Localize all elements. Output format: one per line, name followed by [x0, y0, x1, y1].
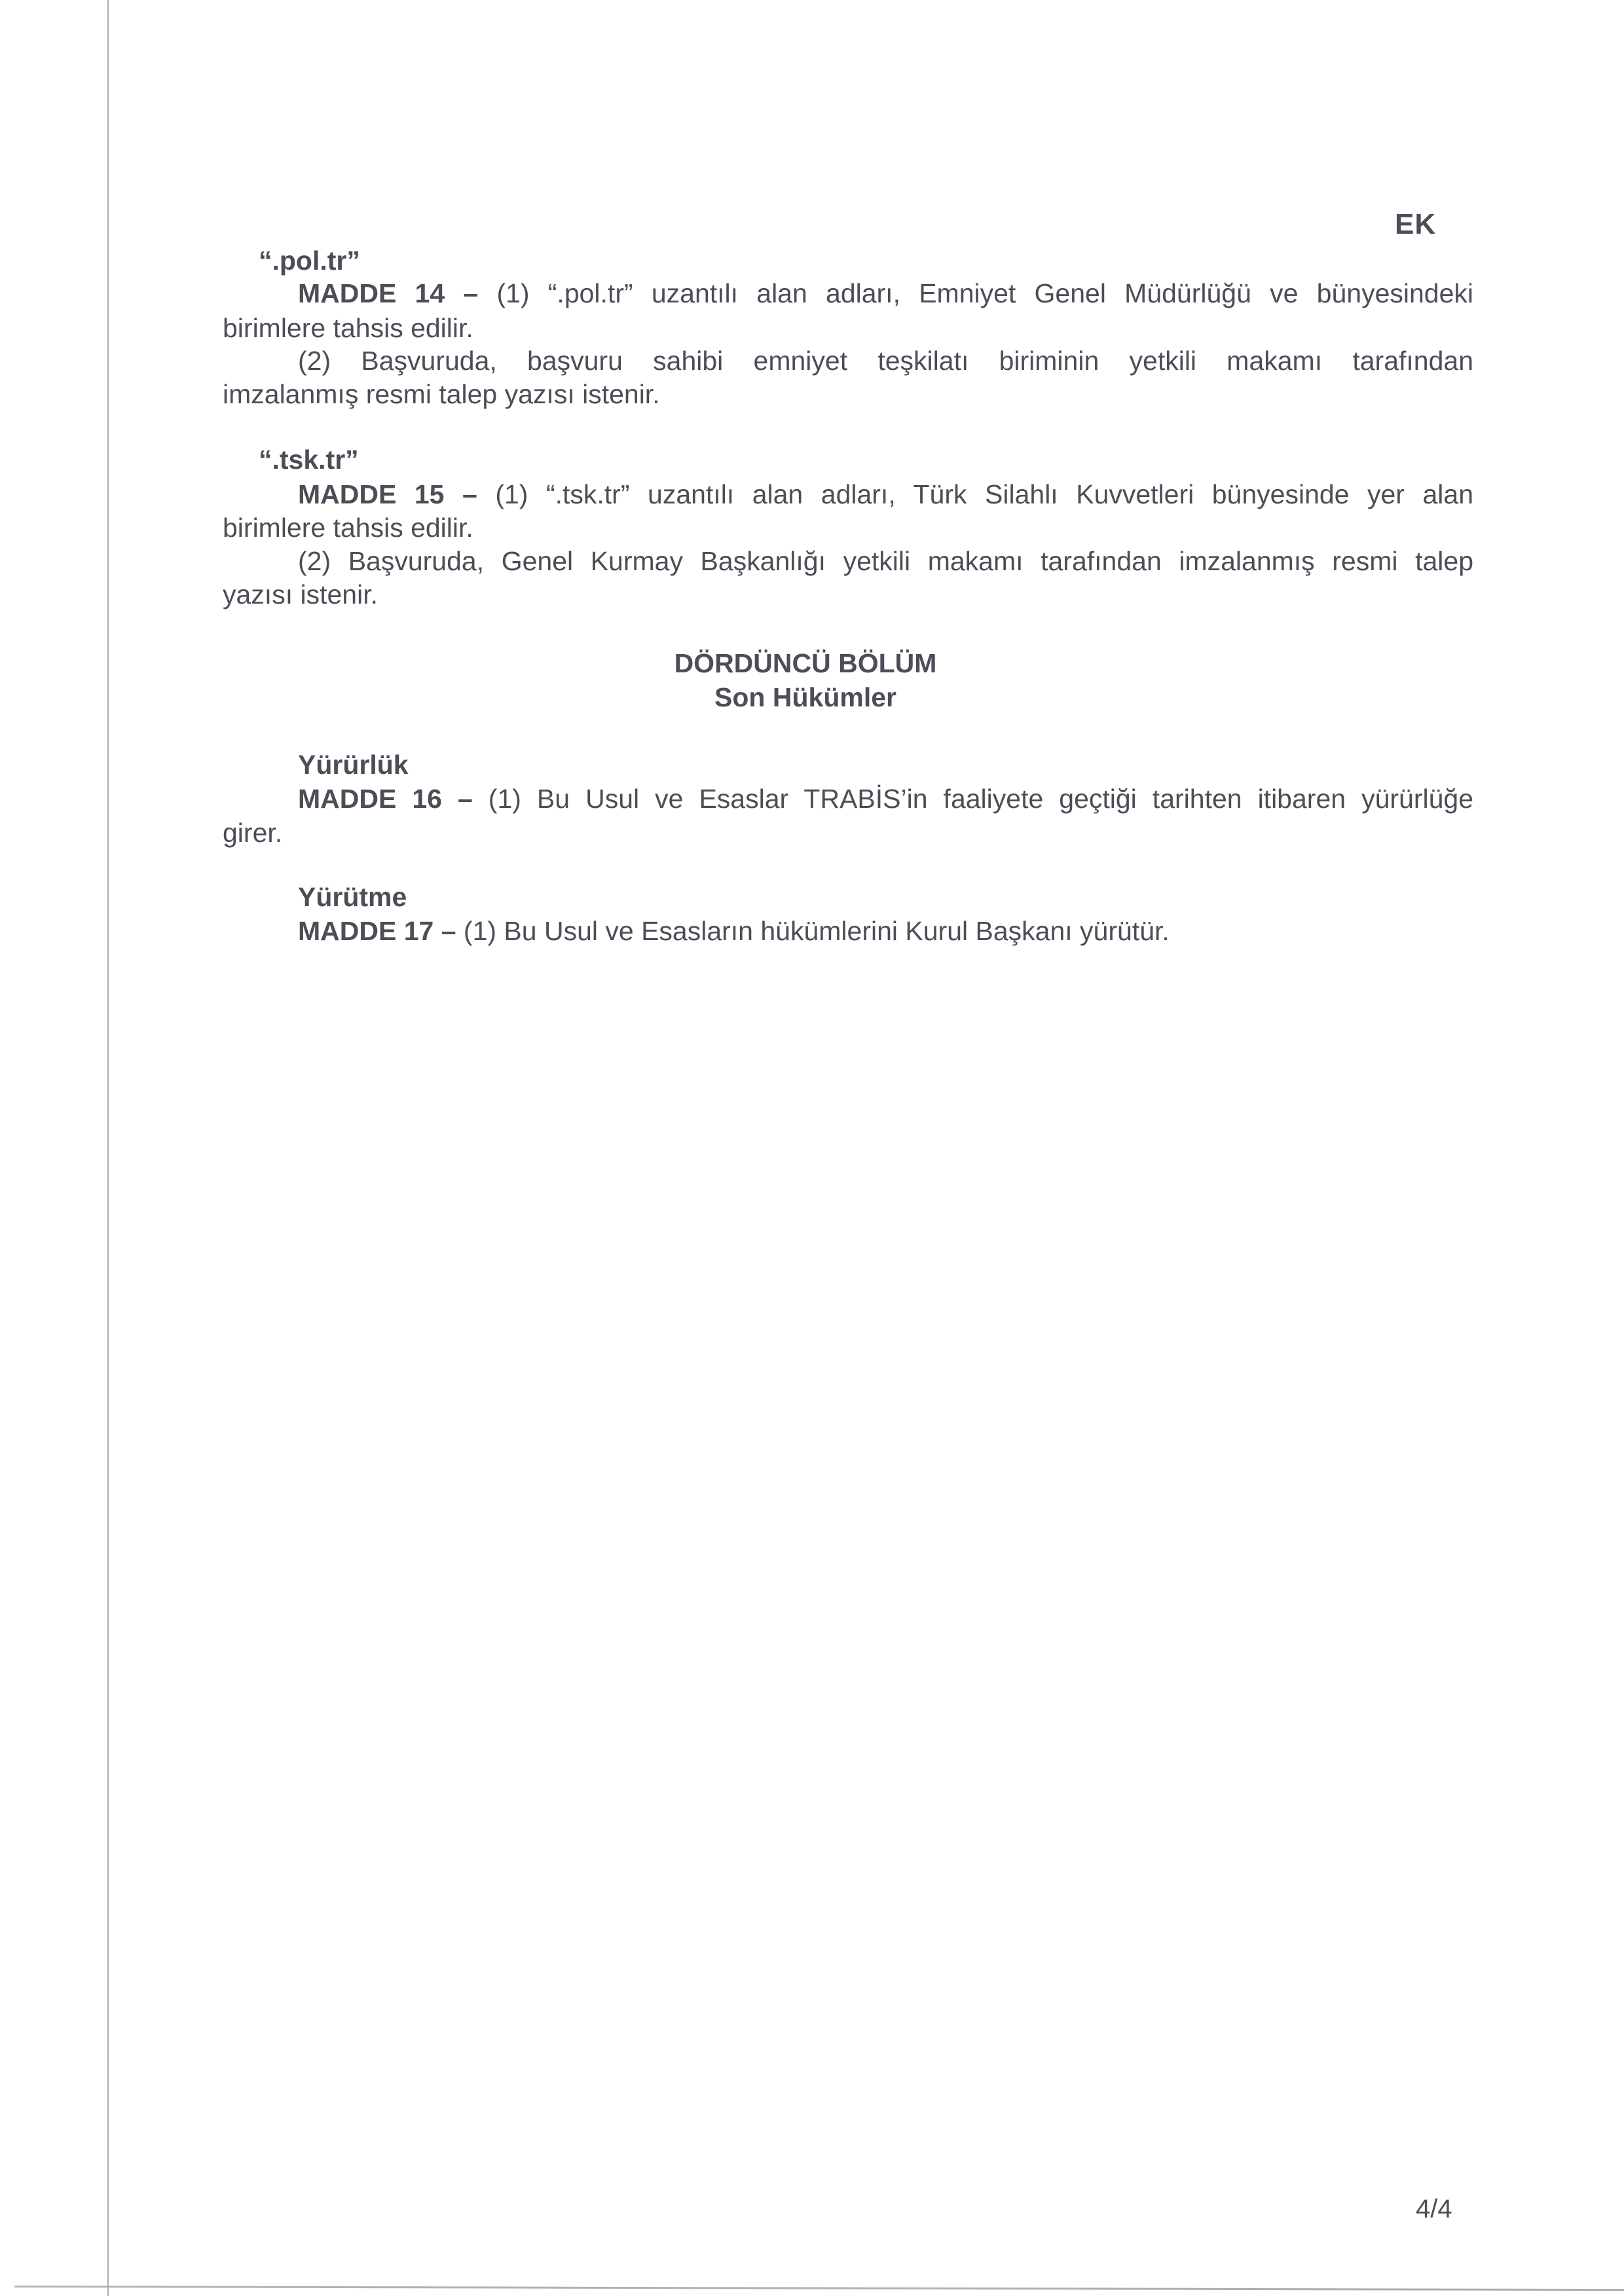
chapter-title: DÖRDÜNCÜ BÖLÜM: [544, 648, 1067, 679]
article-14-para-1-line-1: MADDE 14 – (1) “.pol.tr” uzantılı alan a…: [298, 280, 1473, 307]
page-number: 4/4: [1416, 2195, 1452, 2224]
margin-vertical-line: [107, 0, 109, 2296]
section-heading-yururluk: Yürürlük: [298, 752, 409, 778]
article-17-para-1-line-1: MADDE 17 – (1) Bu Usul ve Esasların hükü…: [298, 918, 1170, 945]
article-17-label: MADDE 17 –: [298, 916, 456, 946]
article-16-label: MADDE 16 –: [298, 784, 473, 814]
article-14-para-1-line-2: birimlere tahsis edilir.: [223, 315, 473, 342]
article-14-label: MADDE 14 –: [298, 278, 478, 308]
article-15-para-1-line-2: birimlere tahsis edilir.: [223, 515, 473, 541]
section-heading-tsk: “.tsk.tr”: [259, 446, 359, 473]
article-17-para-1-text: (1) Bu Usul ve Esasların hükümlerini Kur…: [464, 916, 1170, 946]
margin-bottom-line: [14, 2286, 1624, 2291]
section-heading-yurutme: Yürütme: [298, 884, 407, 911]
article-14-para-2-line-1: (2) Başvuruda, başvuru sahibi emniyet te…: [298, 348, 1473, 374]
article-16-para-1-line-1: MADDE 16 – (1) Bu Usul ve Esaslar TRABİS…: [298, 786, 1473, 812]
section-heading-pol: “.pol.tr”: [259, 247, 360, 274]
article-15-label: MADDE 15 –: [298, 479, 477, 509]
chapter-subtitle: Son Hükümler: [544, 682, 1067, 713]
annex-label: EK: [1395, 208, 1436, 241]
article-14-para-1-text: (1) “.pol.tr” uzantılı alan adları, Emni…: [496, 278, 1473, 308]
article-15-para-1-line-1: MADDE 15 – (1) “.tsk.tr” uzantılı alan a…: [298, 481, 1473, 508]
article-15-para-1-text: (1) “.tsk.tr” uzantılı alan adları, Türk…: [495, 479, 1473, 509]
article-15-para-2-line-1: (2) Başvuruda, Genel Kurmay Başkanlığı y…: [298, 548, 1473, 575]
article-16-para-1-text: (1) Bu Usul ve Esaslar TRABİS’in faaliye…: [489, 784, 1473, 814]
article-14-para-2-line-2: imzalanmış resmi talep yazısı istenir.: [223, 381, 660, 408]
article-16-para-1-line-2: girer.: [223, 820, 282, 847]
article-15-para-2-line-2: yazısı istenir.: [223, 581, 378, 608]
